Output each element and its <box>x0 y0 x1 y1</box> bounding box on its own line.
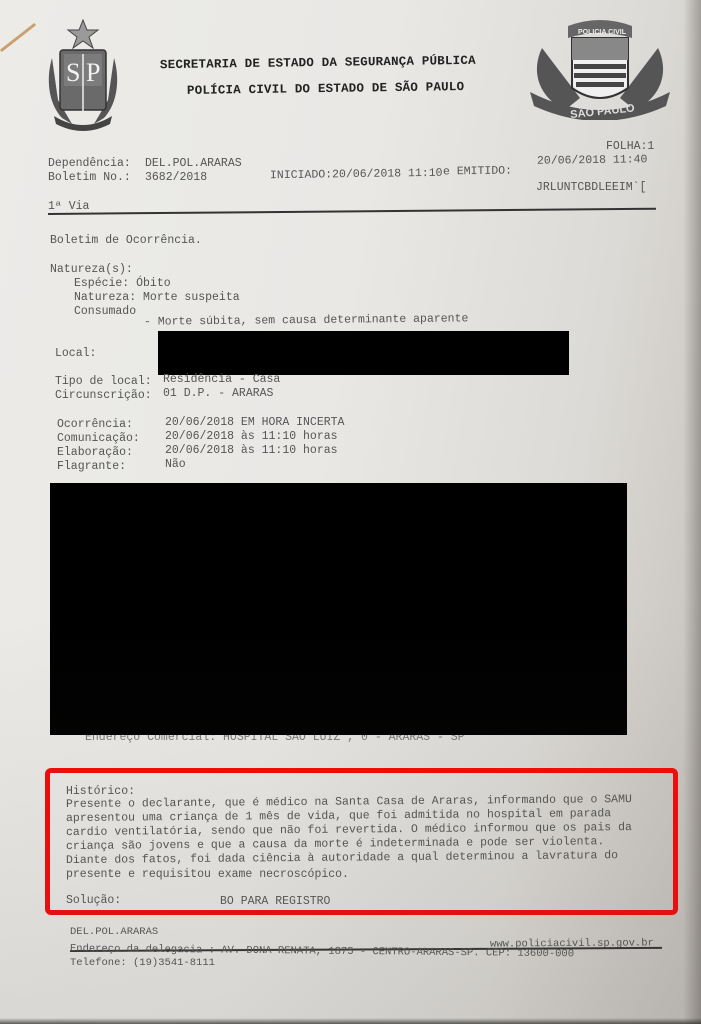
tipo-local-label: Tipo de local: <box>55 375 152 389</box>
paper-bottom-edge <box>0 1018 701 1024</box>
iniciado: INICIADO:20/06/2018 11:10 <box>270 167 443 183</box>
svg-text:POLICIA CIVIL: POLICIA CIVIL <box>578 29 627 36</box>
ocorrencia-label: Ocorrência: <box>57 418 133 432</box>
document-code: JRLUNTCBDLEEIM`[ <box>536 181 646 195</box>
boletim-value: 3682/2018 <box>145 171 207 185</box>
local-label: Local: <box>55 347 96 361</box>
elaboracao-label: Elaboração: <box>57 446 133 460</box>
comunicacao-label: Comunicação: <box>57 432 140 446</box>
header-line-2: POLÍCIA CIVIL DO ESTADO DE SÃO PAULO <box>187 80 464 98</box>
natureza-detalhe: - Morte súbita, sem causa determinante a… <box>144 312 468 329</box>
elaboracao-value: 20/06/2018 às 11:10 horas <box>165 444 338 458</box>
header-divider <box>48 208 656 215</box>
especie: Espécie: Óbito <box>74 277 171 291</box>
policia-civil-badge-icon: POLICIA CIVIL SÃO PAULO <box>520 18 680 120</box>
ocorrencia-value: 20/06/2018 EM HORA INCERTA <box>165 416 344 430</box>
redacted-parties <box>50 483 627 735</box>
svg-text:S: S <box>66 58 80 87</box>
circunscricao-label: Circunscrição: <box>55 389 152 403</box>
pen-tip <box>0 23 36 52</box>
paper-right-edge <box>683 0 701 1024</box>
redacted-local <box>158 331 569 375</box>
boletim-label: Boletim No.: <box>48 171 131 185</box>
circunscricao-value: 01 D.P. - ARARAS <box>163 387 273 401</box>
folha: FOLHA:1 <box>606 140 654 154</box>
dependencia-label: Dependência: <box>48 157 131 171</box>
emitido-value: 20/06/2018 11:40 <box>537 153 648 169</box>
flagrante-label: Flagrante: <box>57 460 126 474</box>
comunicacao-value: 20/06/2018 às 11:10 horas <box>165 430 338 444</box>
highlight-annotation-box <box>45 768 678 915</box>
header-line-1: SECRETARIA DE ESTADO DA SEGURANÇA PÚBLIC… <box>160 54 476 72</box>
natureza: Natureza: Morte suspeita <box>74 291 240 305</box>
footer-telefone: Telefone: (19)3541-8111 <box>70 956 215 970</box>
naturezas-label: Natureza(s): <box>50 263 133 277</box>
consumado: Consumado <box>74 305 136 319</box>
dependencia-value: DEL.POL.ARARAS <box>145 157 242 171</box>
flagrante-value: Não <box>165 458 186 472</box>
sp-state-coat-of-arms-icon: S P <box>44 18 122 136</box>
footer-dependencia: DEL.POL.ARARAS <box>70 925 158 939</box>
svg-text:P: P <box>86 58 100 87</box>
document-title: Boletim de Ocorrência. <box>50 234 202 248</box>
tipo-local-value: Residência - Casa <box>163 373 280 387</box>
emitido-label: e EMITIDO: <box>443 165 512 180</box>
